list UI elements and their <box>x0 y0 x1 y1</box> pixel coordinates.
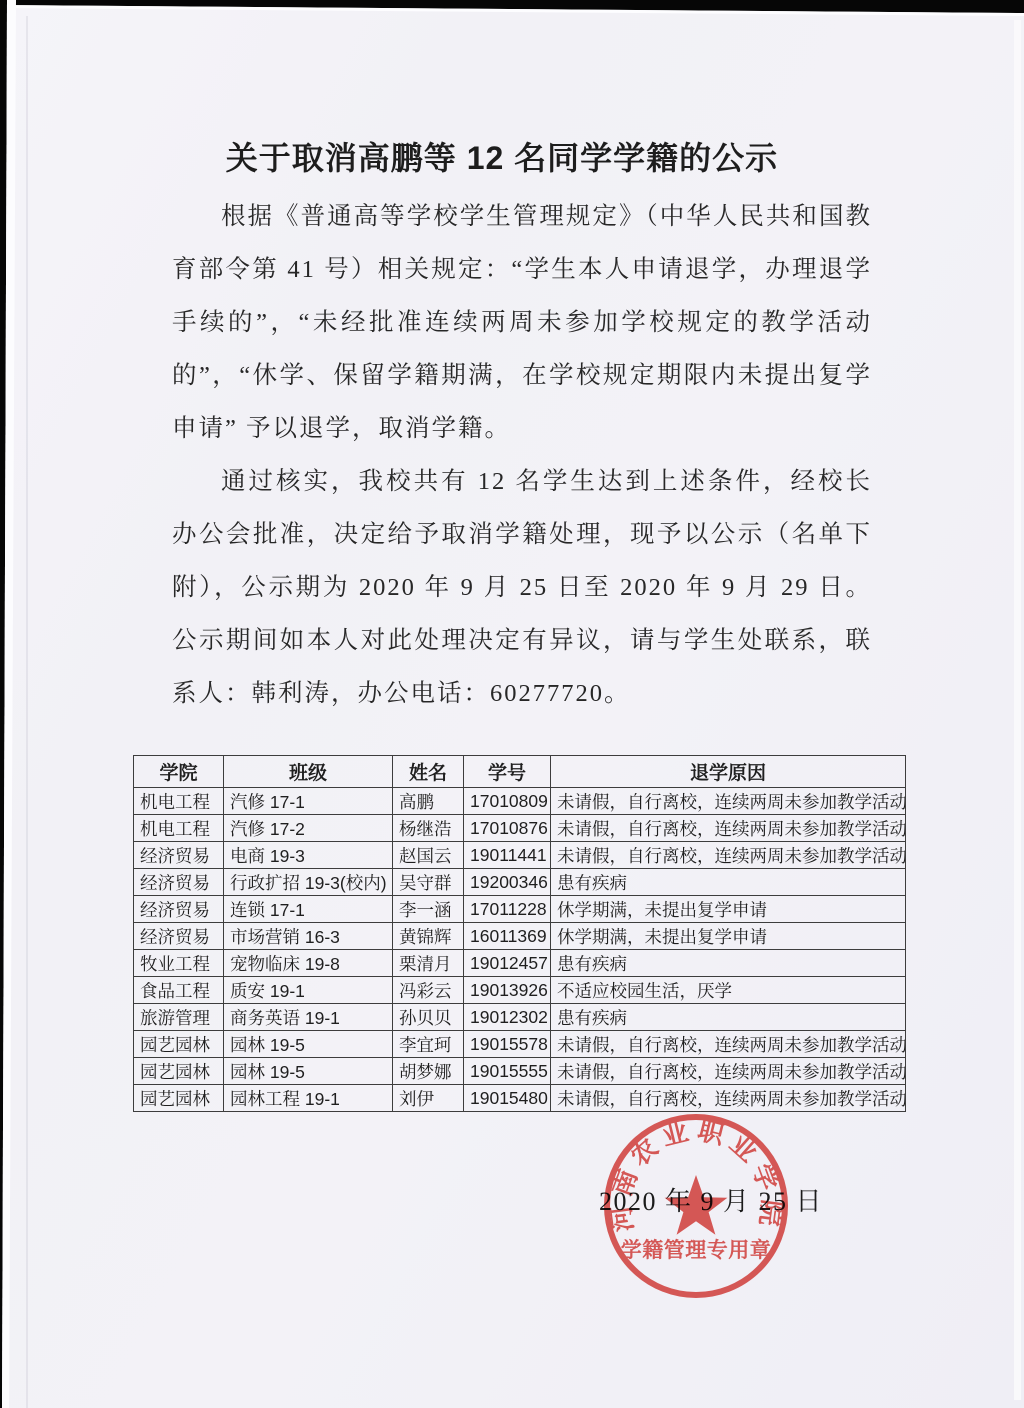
student-id-cell: 17011228 <box>464 896 551 923</box>
name-cell: 李宜珂 <box>393 1031 464 1058</box>
notice-table: 学院 班级 姓名 学号 退学原因 机电工程汽修 17-1高鹏17010809未请… <box>133 755 906 1112</box>
college-cell: 园艺园林 <box>134 1058 224 1085</box>
student-id-cell: 19200346 <box>464 869 551 896</box>
table-row: 园艺园林园林 19-5李宜珂19015578未请假，自行离校，连续两周未参加教学… <box>134 1031 906 1058</box>
reason-cell: 未请假，自行离校，连续两周未参加教学活动 <box>551 1085 906 1112</box>
college-cell: 园艺园林 <box>134 1085 224 1112</box>
name-cell: 黄锦辉 <box>393 923 464 950</box>
student-id-cell: 19012457 <box>464 950 551 977</box>
class-cell: 连锁 17-1 <box>224 896 393 923</box>
class-cell: 园林工程 19-1 <box>224 1085 393 1112</box>
name-cell: 吴守群 <box>393 869 464 896</box>
class-cell: 电商 19-3 <box>224 842 393 869</box>
class-cell: 市场营销 16-3 <box>224 923 393 950</box>
class-cell: 质安 19-1 <box>224 977 393 1004</box>
table-row: 经济贸易连锁 17-1李一涵17011228休学期满，未提出复学申请 <box>134 896 906 923</box>
student-id-cell: 17010809 <box>464 788 551 815</box>
table-row: 经济贸易电商 19-3赵国云19011441未请假，自行离校，连续两周未参加教学… <box>134 842 906 869</box>
name-cell: 高鹏 <box>393 788 464 815</box>
college-cell: 机电工程 <box>134 788 224 815</box>
reason-cell: 未请假，自行离校，连续两周未参加教学活动 <box>551 1031 906 1058</box>
table-header-row: 学院 班级 姓名 学号 退学原因 <box>134 756 906 788</box>
college-cell: 机电工程 <box>134 815 224 842</box>
paper-edge-right-highlight <box>1014 20 1021 1400</box>
header-student-id: 学号 <box>464 756 551 788</box>
class-cell: 商务英语 19-1 <box>224 1004 393 1031</box>
college-cell: 园艺园林 <box>134 1031 224 1058</box>
seal-bottom-text: 学籍管理专用章 <box>621 1238 772 1262</box>
table-row: 机电工程汽修 17-2杨继浩17010876未请假，自行离校，连续两周未参加教学… <box>134 815 906 842</box>
student-id-cell: 19015555 <box>464 1058 551 1085</box>
student-id-cell: 16011369 <box>464 923 551 950</box>
table-row: 园艺园林园林工程 19-1刘伊19015480未请假，自行离校，连续两周未参加教… <box>134 1085 906 1112</box>
table-row: 机电工程汽修 17-1高鹏17010809未请假，自行离校，连续两周未参加教学活… <box>134 788 906 815</box>
college-cell: 旅游管理 <box>134 1004 224 1031</box>
student-id-cell: 19013926 <box>464 977 551 1004</box>
name-cell: 栗清月 <box>393 950 464 977</box>
class-cell: 园林 19-5 <box>224 1031 393 1058</box>
header-name: 姓名 <box>393 756 464 788</box>
paragraph-decision: 通过核实，我校共有 12 名学生达到上述条件，经校长办公会批准，决定给予取消学籍… <box>172 455 872 720</box>
student-id-cell: 19012302 <box>464 1004 551 1031</box>
header-college: 学院 <box>134 756 224 788</box>
table-row: 园艺园林园林 19-5胡梦娜19015555未请假，自行离校，连续两周未参加教学… <box>134 1058 906 1085</box>
table-row: 经济贸易行政扩招 19-3(校内)吴守群19200346患有疾病 <box>134 869 906 896</box>
name-cell: 李一涵 <box>393 896 464 923</box>
reason-cell: 不适应校园生活，厌学 <box>551 977 906 1004</box>
class-cell: 汽修 17-2 <box>224 815 393 842</box>
reason-cell: 患有疾病 <box>551 950 906 977</box>
name-cell: 杨继浩 <box>393 815 464 842</box>
reason-cell: 未请假，自行离校，连续两周未参加教学活动 <box>551 815 906 842</box>
college-cell: 经济贸易 <box>134 842 224 869</box>
paragraph-regulations: 根据《普通高等学校学生管理规定》（中华人民共和国教育部令第 41 号）相关规定：… <box>172 190 872 455</box>
reason-cell: 未请假，自行离校，连续两周未参加教学活动 <box>551 1058 906 1085</box>
name-cell: 冯彩云 <box>393 977 464 1004</box>
reason-cell: 未请假，自行离校，连续两周未参加教学活动 <box>551 842 906 869</box>
reason-cell: 未请假，自行离校，连续两周未参加教学活动 <box>551 788 906 815</box>
reason-cell: 休学期满，未提出复学申请 <box>551 923 906 950</box>
notice-table-body: 机电工程汽修 17-1高鹏17010809未请假，自行离校，连续两周未参加教学活… <box>134 788 906 1112</box>
table-row: 经济贸易市场营销 16-3黄锦辉16011369休学期满，未提出复学申请 <box>134 923 906 950</box>
reason-cell: 休学期满，未提出复学申请 <box>551 896 906 923</box>
class-cell: 园林 19-5 <box>224 1058 393 1085</box>
student-id-cell: 19011441 <box>464 842 551 869</box>
table-row: 牧业工程宠物临床 19-8栗清月19012457患有疾病 <box>134 950 906 977</box>
college-cell: 经济贸易 <box>134 869 224 896</box>
name-cell: 孙贝贝 <box>393 1004 464 1031</box>
name-cell: 赵国云 <box>393 842 464 869</box>
reason-cell: 患有疾病 <box>551 1004 906 1031</box>
college-cell: 经济贸易 <box>134 896 224 923</box>
reason-cell: 患有疾病 <box>551 869 906 896</box>
name-cell: 胡梦娜 <box>393 1058 464 1085</box>
paper-crease-line <box>26 16 28 1408</box>
student-id-cell: 19015480 <box>464 1085 551 1112</box>
class-cell: 宠物临床 19-8 <box>224 950 393 977</box>
seal-star-icon <box>665 1175 728 1235</box>
table-row: 食品工程质安 19-1冯彩云19013926不适应校园生活，厌学 <box>134 977 906 1004</box>
college-cell: 经济贸易 <box>134 923 224 950</box>
college-cell: 牧业工程 <box>134 950 224 977</box>
class-cell: 汽修 17-1 <box>224 788 393 815</box>
student-id-cell: 19015578 <box>464 1031 551 1058</box>
class-cell: 行政扩招 19-3(校内) <box>224 869 393 896</box>
student-id-cell: 17010876 <box>464 815 551 842</box>
page-title: 关于取消高鹏等 12 名同学学籍的公示 <box>0 133 1004 179</box>
name-cell: 刘伊 <box>393 1085 464 1112</box>
header-class: 班级 <box>224 756 393 788</box>
header-reason: 退学原因 <box>551 756 906 788</box>
college-cell: 食品工程 <box>134 977 224 1004</box>
official-seal: 河南农业职业学院 学籍管理专用章 <box>601 1111 791 1301</box>
table-row: 旅游管理商务英语 19-1孙贝贝19012302患有疾病 <box>134 1004 906 1031</box>
notice-body: 根据《普通高等学校学生管理规定》（中华人民共和国教育部令第 41 号）相关规定：… <box>172 190 872 720</box>
